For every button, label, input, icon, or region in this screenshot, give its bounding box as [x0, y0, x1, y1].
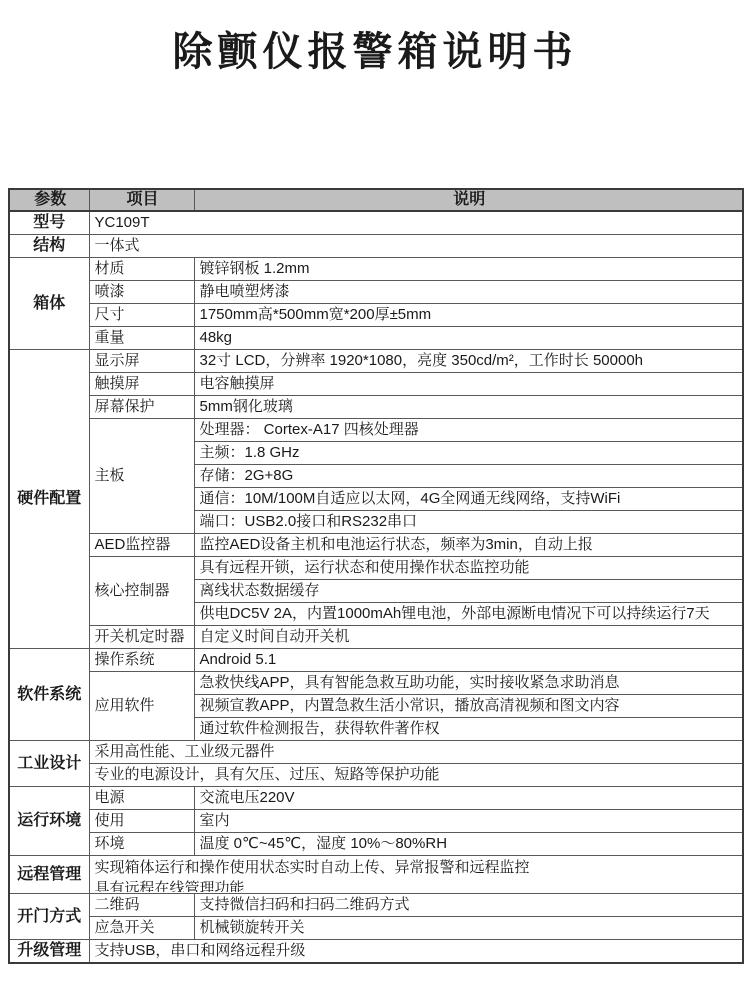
desc-cell: 视频宣教APP，内置急救生活小常识，播放高清视频和图文内容: [194, 695, 743, 718]
desc-cell: 具有远程开锁，运行状态和使用操作状态监控功能: [194, 557, 743, 580]
item-cell: 喷漆: [89, 281, 194, 304]
spec-table-header: 参数 项目 说明: [9, 189, 743, 211]
table-row: 重量48kg: [9, 327, 743, 350]
table-row: 环境温度 0℃~45℃，湿度 10%～80%RH: [9, 833, 743, 856]
item-cell: 主板: [89, 419, 194, 534]
item-cell: 环境: [89, 833, 194, 856]
table-row: 型号YC109T: [9, 211, 743, 235]
desc-cell: 电容触摸屏: [194, 373, 743, 396]
desc-cell: YC109T: [89, 211, 743, 235]
header-row: 参数 项目 说明: [9, 189, 743, 211]
table-row: 开关机定时器自定义时间自动开关机: [9, 626, 743, 649]
table-row: 触摸屏电容触摸屏: [9, 373, 743, 396]
table-row: 专业的电源设计，具有欠压、过压、短路等保护功能: [9, 764, 743, 787]
clipped-text-block: 实现箱体运行和操作使用状态实时自动上传、异常报警和远程监控具有远程在线管理功能: [95, 857, 740, 892]
desc-cell: 供电DC5V 2A，内置1000mAh锂电池，外部电源断电情况下可以持续运行7天: [194, 603, 743, 626]
item-cell: 核心控制器: [89, 557, 194, 626]
header-cell-desc: 说明: [194, 189, 743, 211]
desc-cell: 离线状态数据缓存: [194, 580, 743, 603]
item-cell: 开关机定时器: [89, 626, 194, 649]
item-cell: 材质: [89, 258, 194, 281]
desc-cell: 5mm钢化玻璃: [194, 396, 743, 419]
item-cell: 应用软件: [89, 672, 194, 741]
page-title: 除颤仪报警箱说明书: [0, 20, 750, 77]
table-row: 主板处理器： Cortex-A17 四核处理器: [9, 419, 743, 442]
desc-line: 实现箱体运行和操作使用状态实时自动上传、异常报警和远程监控: [95, 857, 740, 878]
item-cell: 二维码: [89, 894, 194, 917]
desc-cell: 监控AED设备主机和电池运行状态，频率为3min，自动上报: [194, 534, 743, 557]
item-cell: 触摸屏: [89, 373, 194, 396]
desc-line: 具有远程在线管理功能: [95, 878, 740, 892]
desc-cell: 端口：USB2.0接口和RS232串口: [194, 511, 743, 534]
desc-cell: 机械锁旋转开关: [194, 917, 743, 940]
desc-cell: 专业的电源设计，具有欠压、过压、短路等保护功能: [89, 764, 743, 787]
table-row: 尺寸1750mm高*500mm宽*200厚±5mm: [9, 304, 743, 327]
desc-cell: 存储：2G+8G: [194, 465, 743, 488]
param-cell: 远程管理: [9, 856, 89, 894]
param-cell: 软件系统: [9, 649, 89, 741]
table-row: 升级管理支持USB，串口和网络远程升级: [9, 940, 743, 964]
table-row: 工业设计采用高性能、工业级元器件: [9, 741, 743, 764]
table-row: 开门方式二维码支持微信扫码和扫码二维码方式: [9, 894, 743, 917]
item-cell: 电源: [89, 787, 194, 810]
param-cell: 工业设计: [9, 741, 89, 787]
item-cell: AED监控器: [89, 534, 194, 557]
table-row: AED监控器监控AED设备主机和电池运行状态，频率为3min，自动上报: [9, 534, 743, 557]
desc-cell: 交流电压220V: [194, 787, 743, 810]
param-cell: 型号: [9, 211, 89, 235]
item-cell: 显示屏: [89, 350, 194, 373]
header-cell-param: 参数: [9, 189, 89, 211]
header-cell-item: 项目: [89, 189, 194, 211]
table-row: 结构一体式: [9, 235, 743, 258]
manual-page: 除颤仪报警箱说明书 参数 项目 说明 型号YC109T结构一体式箱体材质镀锌钢板…: [0, 0, 750, 992]
table-row: 使用室内: [9, 810, 743, 833]
spec-table-body: 型号YC109T结构一体式箱体材质镀锌钢板 1.2mm喷漆静电喷塑烤漆尺寸175…: [9, 211, 743, 963]
desc-cell: 采用高性能、工业级元器件: [89, 741, 743, 764]
table-row: 应急开关机械锁旋转开关: [9, 917, 743, 940]
desc-cell: 32寸 LCD，分辨率 1920*1080，亮度 350cd/m²，工作时长 5…: [194, 350, 743, 373]
param-cell: 开门方式: [9, 894, 89, 940]
param-cell: 结构: [9, 235, 89, 258]
table-row: 远程管理实现箱体运行和操作使用状态实时自动上传、异常报警和远程监控具有远程在线管…: [9, 856, 743, 894]
item-cell: 使用: [89, 810, 194, 833]
table-row: 运行环境电源交流电压220V: [9, 787, 743, 810]
param-cell: 升级管理: [9, 940, 89, 964]
item-cell: 屏幕保护: [89, 396, 194, 419]
desc-cell: 1750mm高*500mm宽*200厚±5mm: [194, 304, 743, 327]
table-row: 软件系统操作系统Android 5.1: [9, 649, 743, 672]
param-cell: 硬件配置: [9, 350, 89, 649]
item-cell: 尺寸: [89, 304, 194, 327]
table-row: 硬件配置显示屏32寸 LCD，分辨率 1920*1080，亮度 350cd/m²…: [9, 350, 743, 373]
desc-cell: 支持USB，串口和网络远程升级: [89, 940, 743, 964]
desc-cell: 温度 0℃~45℃，湿度 10%～80%RH: [194, 833, 743, 856]
desc-cell: 实现箱体运行和操作使用状态实时自动上传、异常报警和远程监控具有远程在线管理功能: [89, 856, 743, 894]
desc-cell: 支持微信扫码和扫码二维码方式: [194, 894, 743, 917]
table-row: 屏幕保护5mm钢化玻璃: [9, 396, 743, 419]
table-row: 核心控制器具有远程开锁，运行状态和使用操作状态监控功能: [9, 557, 743, 580]
desc-cell: 室内: [194, 810, 743, 833]
desc-cell: 主频：1.8 GHz: [194, 442, 743, 465]
item-cell: 操作系统: [89, 649, 194, 672]
param-cell: 运行环境: [9, 787, 89, 856]
desc-cell: 处理器： Cortex-A17 四核处理器: [194, 419, 743, 442]
desc-cell: 镀锌钢板 1.2mm: [194, 258, 743, 281]
desc-cell: 自定义时间自动开关机: [194, 626, 743, 649]
table-row: 喷漆静电喷塑烤漆: [9, 281, 743, 304]
param-cell: 箱体: [9, 258, 89, 350]
spec-table: 参数 项目 说明 型号YC109T结构一体式箱体材质镀锌钢板 1.2mm喷漆静电…: [8, 188, 744, 964]
item-cell: 应急开关: [89, 917, 194, 940]
table-row: 箱体材质镀锌钢板 1.2mm: [9, 258, 743, 281]
desc-cell: 急救快线APP，具有智能急救互助功能，实时接收紧急求助消息: [194, 672, 743, 695]
desc-cell: 通信：10M/100M自适应以太网，4G全网通无线网络，支持WiFi: [194, 488, 743, 511]
desc-cell: 通过软件检测报告，获得软件著作权: [194, 718, 743, 741]
table-row: 应用软件急救快线APP，具有智能急救互助功能，实时接收紧急求助消息: [9, 672, 743, 695]
desc-cell: 静电喷塑烤漆: [194, 281, 743, 304]
desc-cell: 48kg: [194, 327, 743, 350]
desc-cell: 一体式: [89, 235, 743, 258]
item-cell: 重量: [89, 327, 194, 350]
desc-cell: Android 5.1: [194, 649, 743, 672]
